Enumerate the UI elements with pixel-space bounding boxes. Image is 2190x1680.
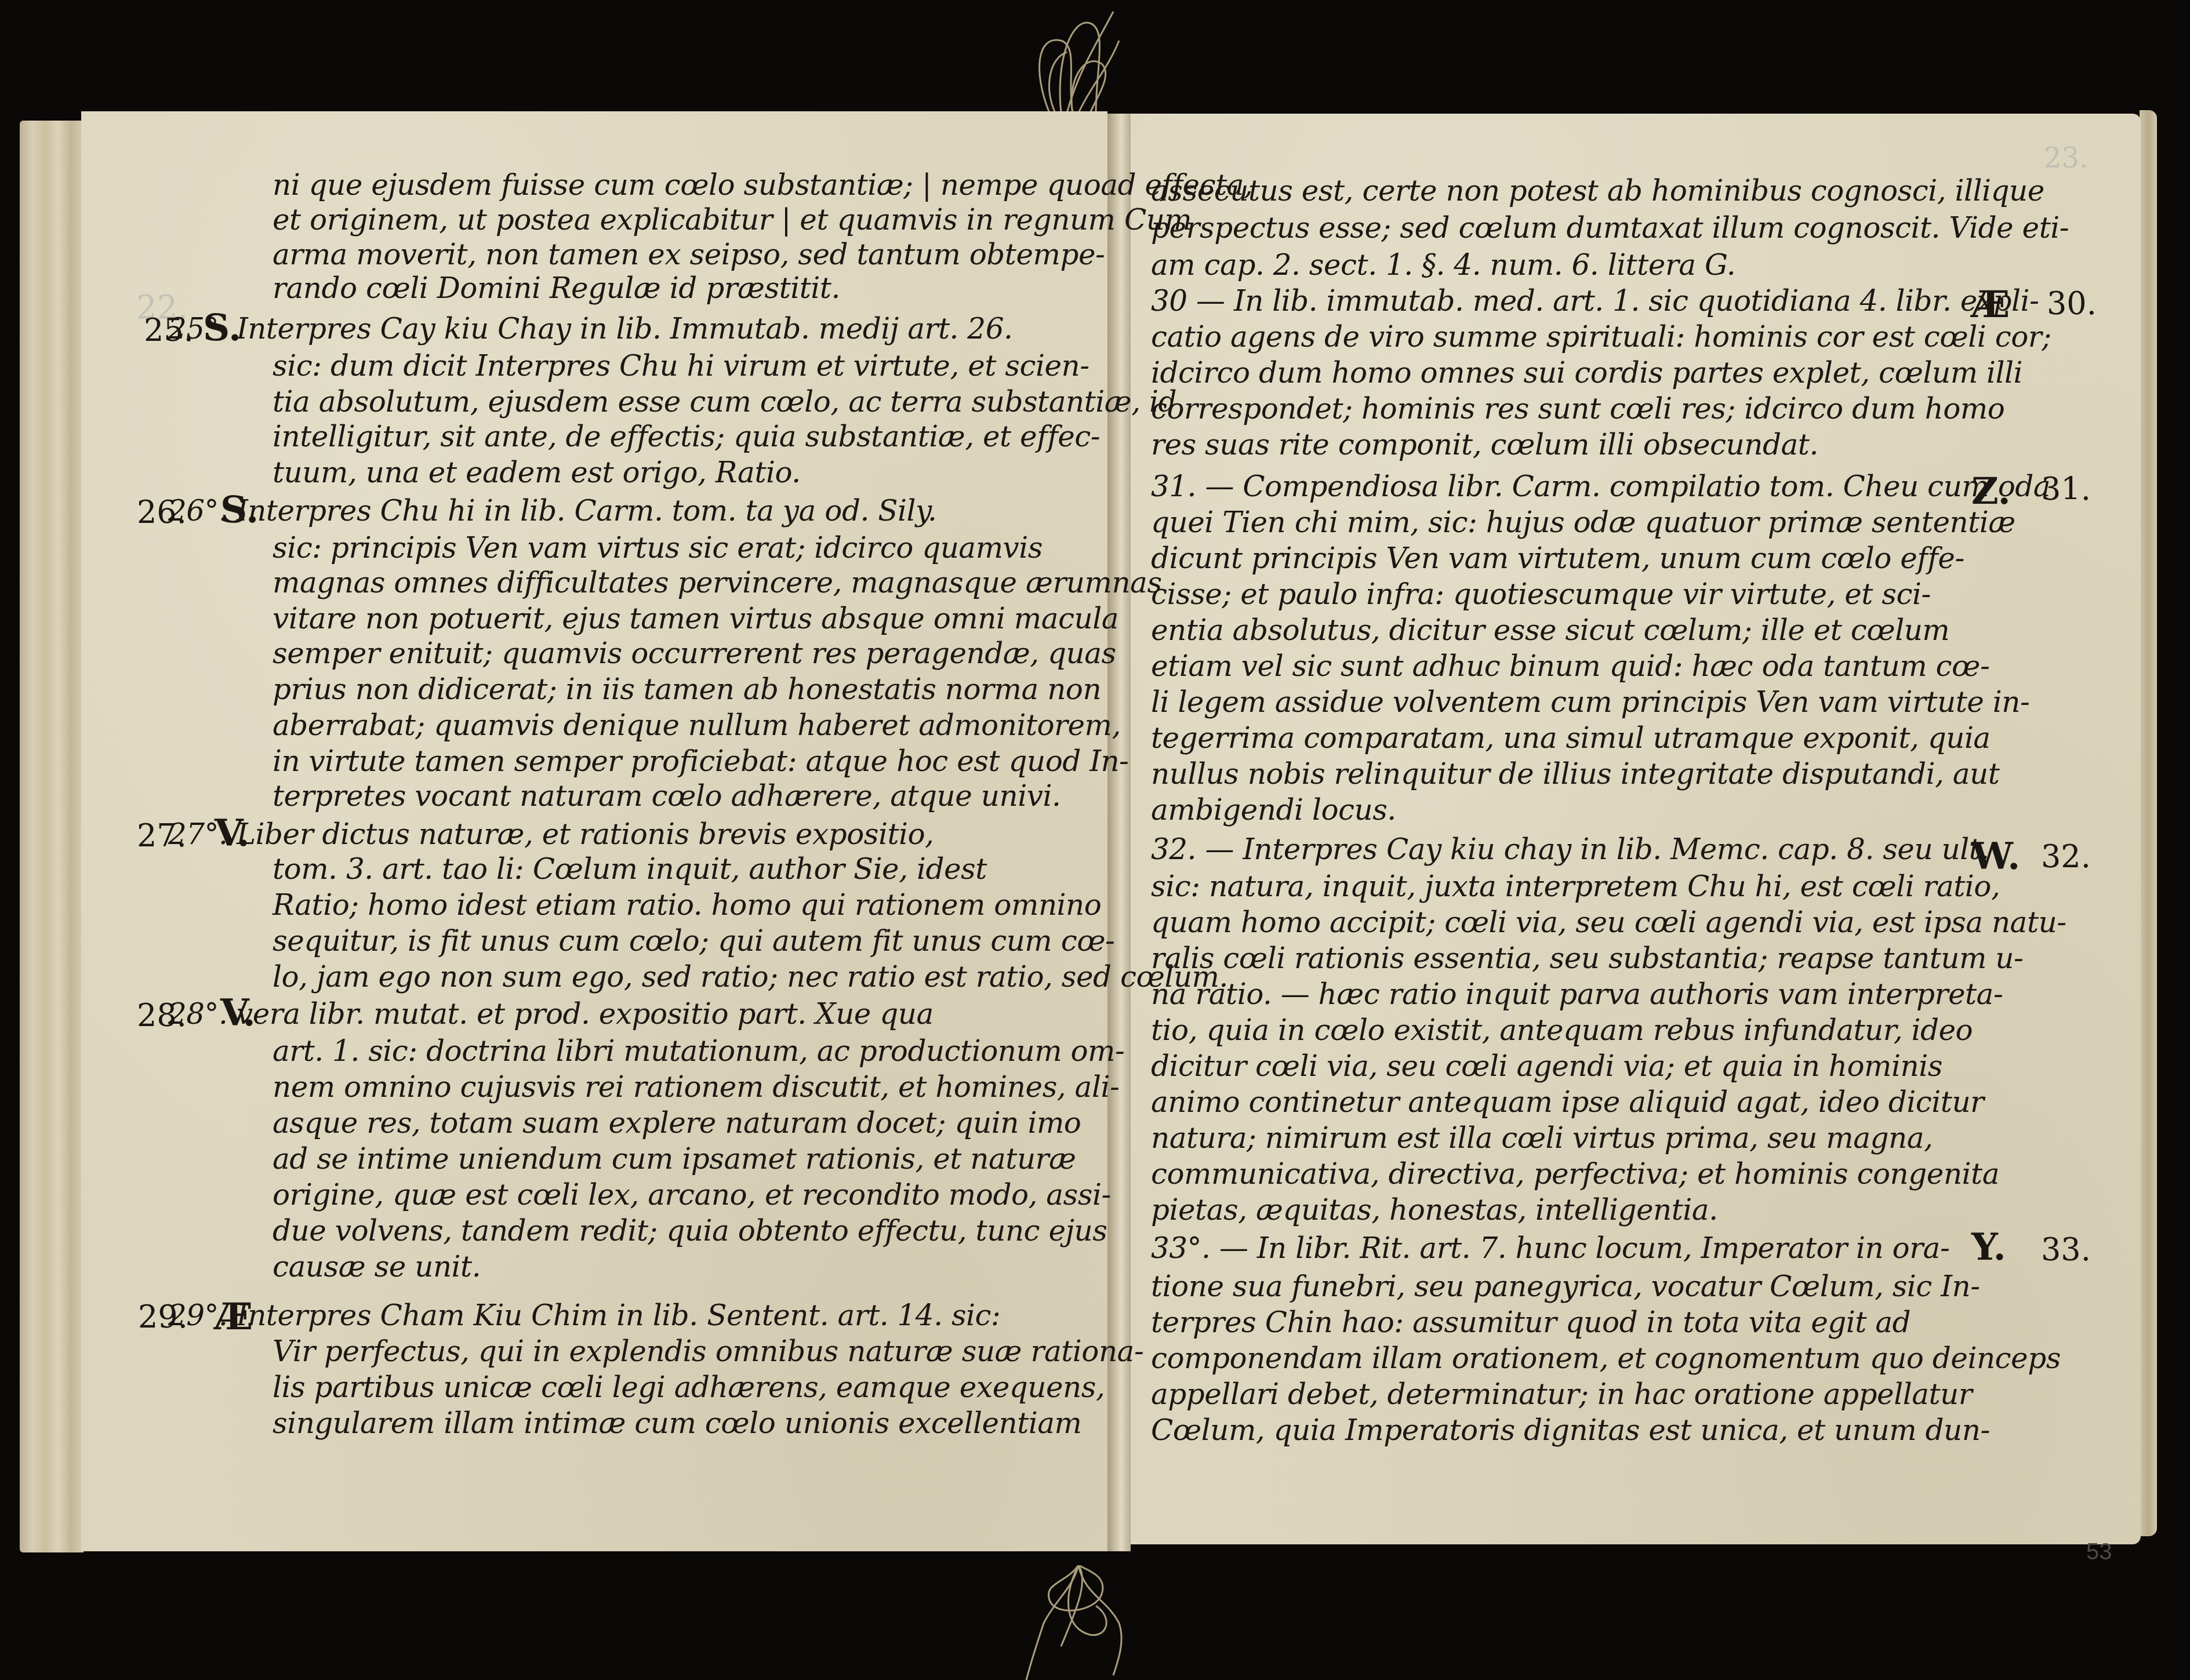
text-line: arma moverit, non tamen ex seipso, sed t… [273,238,1105,271]
open-manuscript-book: 22. 23. ni que ejusdem fuisse cum cœlo s… [0,0,2190,1680]
text-line: natura; nimirum est illa cœli virtus pri… [1151,1121,1933,1155]
entry-letter: V. [215,812,250,855]
text-line: nem omnino cujusvis rei rationem discuti… [273,1070,1119,1104]
text-line: causæ se unit. [273,1250,481,1283]
entry-letter: S. [220,488,259,532]
text-line: dicunt principis Ven vam virtutem, unum … [1151,541,1964,575]
text-line: tuum, una et eadem est origo, Ratio. [273,456,801,489]
binding-thread-bottom-icon [1020,1565,1148,1680]
text-line: et originem, ut postea explicabitur | et… [273,203,1192,237]
text-line: lis partibus unicæ cœli legi adhærens, e… [273,1370,1105,1404]
text-line: lo, jam ego non sum ego, sed ratio; nec … [273,960,1228,994]
text-line: dicitur cœli via, seu cœli agendi via; e… [1151,1049,1942,1083]
right-page-stack-edge [2140,110,2157,1536]
left-page-stack-edge [20,121,83,1552]
text-line: semper enituit; quamvis occurrerent res … [273,637,1116,670]
text-line: na ratio. — hæc ratio inquit parva autho… [1151,977,2003,1011]
text-line: due volvens, tandem redit; quia obtento … [273,1214,1107,1248]
text-line: tegerrima comparatam, una simul utramque… [1151,721,1991,755]
text-line: 31. — Compendiosa libr. Carm. compilatio… [1151,470,2050,503]
text-line: 26°. Interpres Chu hi in lib. Carm. tom.… [168,494,936,528]
bleed-through-number: 23. [2044,142,2088,174]
text-line: magnas omnes difficultates pervincere, m… [273,566,1162,599]
entry-letter: Z. [1971,470,2011,513]
text-line: intelligitur, sit ante, de effectis; qui… [273,420,1100,453]
text-line: tio, quia in cœlo existit, antequam rebu… [1151,1013,1973,1047]
entry-number: 30. [2047,285,2097,322]
text-line: entia absolutus, dicitur esse sicut cœlu… [1151,613,1949,647]
text-line: nullus nobis relinquitur de illius integ… [1151,757,1999,791]
entry-letter: Æ [215,1295,253,1339]
text-line: origine, quæ est cœli lex, arcano, et re… [273,1178,1111,1212]
text-line: art. 1. sic: doctrina libri mutationum, … [273,1034,1124,1068]
text-line: am cap. 2. sect. 1. §. 4. num. 6. litter… [1151,248,1735,282]
entry-number: 32. [2041,838,2091,875]
text-line: aberrabat; quamvis denique nullum habere… [273,708,1121,742]
text-line: 32. — Interpres Cay kiu chay in lib. Mem… [1151,832,1989,866]
text-line: ad se intime uniendum cum ipsamet ration… [273,1142,1076,1176]
text-line: in virtute tamen semper proficiebat: atq… [273,744,1128,778]
text-line: appellari debet, determinatur; in hac or… [1151,1377,1972,1411]
text-line: tia absolutum, ejusdem esse cum cœlo, ac… [273,385,1176,419]
text-line: li legem assidue volventem cum principis… [1151,685,2029,719]
text-line: 27°. Liber dictus naturæ, et rationis br… [168,817,934,851]
text-line: 28°. vera libr. mutat. et prod. expositi… [168,997,934,1031]
entry-number: 33. [2041,1231,2091,1268]
entry-number: 25. [144,312,194,348]
text-line: sic: principis Ven vam virtus sic erat; … [273,531,1043,565]
text-line: 25°. Interpres Cay kiu Chay in lib. Immu… [168,312,1012,346]
entry-letter: V. [220,991,256,1035]
text-line: Vir perfectus, qui in explendis omnibus … [273,1334,1143,1368]
text-line: idcirco dum homo omnes sui cordis partes… [1151,356,2022,390]
text-line: sic: dum dicit Interpres Chu hi virum et… [273,349,1089,383]
text-line: singularem illam intimæ cum cœlo unionis… [273,1406,1081,1440]
text-line: pietas, æquitas, honestas, intelligentia… [1151,1193,1718,1227]
text-line: rando cœli Domini Regulæ id præstitit. [273,271,840,305]
text-line: terpretes vocant naturam cœlo adhærere, … [273,779,1061,813]
text-line: sic: natura, inquit, juxta interpretem C… [1151,870,2000,903]
text-line: Ratio; homo idest etiam ratio. homo qui … [273,888,1101,922]
text-line: ralis cœli rationis essentia, seu substa… [1151,941,2023,975]
text-line: 29°. Interpres Cham Kiu Chim in lib. Sen… [168,1299,1000,1332]
text-line: sequitur, is fit unus cum cœlo; qui aute… [273,924,1115,958]
text-line: asque res, totam suam explere naturam do… [273,1106,1081,1140]
text-line: etiam vel sic sunt adhuc binum quid: hæc… [1151,649,1989,683]
text-line: Cœlum, quia Imperatoris dignitas est uni… [1151,1413,1990,1447]
entry-number: 27. [137,817,187,854]
entry-number: 28. [137,997,187,1034]
binding-thread-top-icon [1009,0,1136,116]
text-line: correspondet; hominis res sunt cœli res;… [1151,392,2004,426]
text-line: communicativa, directiva, perfectiva; et… [1151,1157,1999,1191]
text-line: prius non didicerat; in iis tamen ab hon… [273,672,1101,706]
text-line: ambigendi locus. [1151,793,1396,827]
text-line: componendam illam orationem, et cognomen… [1151,1341,2061,1375]
entry-number: 31. [2041,471,2091,507]
text-line: quei Tien chi mim, sic: hujus odæ quatuo… [1151,506,2015,539]
entry-letter: Æ [1971,283,2010,326]
text-line: perspectus esse; sed cœlum dumtaxat illu… [1151,211,2069,245]
text-line: vitare non potuerit, ejus tamen virtus a… [273,602,1118,635]
entry-number: 29. [138,1299,188,1335]
text-line: 33°. — In libr. Rit. art. 7. hunc locum,… [1151,1231,1949,1265]
text-line: assecutus est, certe non potest ab homin… [1151,174,2044,208]
folio-number: 53 [2086,1539,2112,1565]
text-line: res suas rite componit, cœlum illi obsec… [1151,428,1818,461]
text-line: catio agens de viro summe spirituali: ho… [1151,320,2051,354]
text-line: cisse; et paulo infra: quotiescumque vir… [1151,577,1931,611]
text-line: quam homo accipit; cœli via, seu cœli ag… [1151,906,2066,939]
text-line: 30 — In lib. immutab. med. art. 1. sic q… [1151,284,2039,318]
text-line: ni que ejusdem fuisse cum cœlo substanti… [273,168,1252,202]
text-line: terpres Chin hao: assumitur quod in tota… [1151,1306,1911,1339]
text-line: tom. 3. art. tao li: Cœlum inquit, autho… [273,852,987,886]
entry-number: 26. [137,494,187,530]
entry-letter: S. [203,306,241,350]
text-line: animo continetur antequam ipse aliquid a… [1151,1085,1984,1119]
text-line: tione sua funebri, seu panegyrica, vocat… [1151,1270,1980,1303]
entry-letter: W. [1971,835,2020,878]
entry-letter: Y. [1971,1226,2006,1269]
